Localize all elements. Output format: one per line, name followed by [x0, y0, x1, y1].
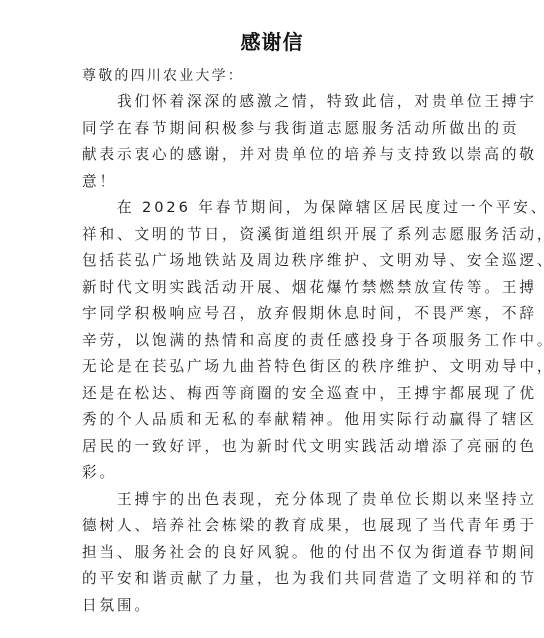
salutation: 尊敬的四川农业大学：	[82, 64, 468, 89]
paragraph-line: 的平安和谐贡献了力量，也为我们共同营造了文明祥和的节	[82, 566, 468, 593]
paragraph-1: 我们怀着深深的感激之情，特致此信，对贵单位王搏宇 同学在春节期间积极参与我街道志…	[82, 89, 468, 195]
paragraph-line: 辛劳，以饱满的热情和高度的责任感投身于各项服务工作中。	[82, 328, 468, 355]
paragraph-line: 在 2026 年春节期间，为保障辖区居民度过一个平安、	[82, 195, 468, 222]
paragraph-line: 日氛围。	[82, 593, 468, 620]
paragraph-line: 居民的一致好评，也为新时代文明实践活动增添了亮丽的色	[82, 434, 468, 461]
paragraph-line: 宇同学积极响应号召，放弃假期休息时间，不畏严寒，不辞	[82, 301, 468, 328]
paragraph-line: 我们怀着深深的感激之情，特致此信，对贵单位王搏宇	[82, 89, 468, 116]
paragraph-line: 德树人、培养社会栋梁的教育成果，也展现了当代青年勇于	[82, 513, 468, 540]
paragraph-line: 秀的个人品质和无私的奉献精神。他用实际行动赢得了辖区	[82, 407, 468, 434]
paragraph-line: 无论是在苌弘广场九曲苔特色街区的秩序维护、文明劝导中，	[82, 354, 468, 381]
paragraph-3: 王搏宇的出色表现，充分体现了贵单位长期以来坚持立 德树人、培养社会栋梁的教育成果…	[82, 487, 468, 620]
paragraph-line: 意！	[82, 169, 468, 196]
letter-title: 感谢信	[0, 26, 544, 55]
letter-page: 感谢信 尊敬的四川农业大学： 我们怀着深深的感激之情，特致此信，对贵单位王搏宇 …	[0, 0, 544, 638]
paragraph-line: 同学在春节期间积极参与我街道志愿服务活动所做出的贡	[82, 116, 468, 143]
paragraph-line: 彩。	[82, 460, 468, 487]
paragraph-line: 担当、服务社会的良好风貌。他的付出不仅为街道春节期间	[82, 540, 468, 567]
paragraph-line: 祥和、文明的节日，资溪街道组织开展了系列志愿服务活动，	[82, 222, 468, 249]
paragraph-line: 包括苌弘广场地铁站及周边秩序维护、文明劝导、安全巡逻、	[82, 248, 468, 275]
paragraph-line: 新时代文明实践活动开展、烟花爆竹禁燃禁放宣传等。王搏	[82, 275, 468, 302]
paragraph-2: 在 2026 年春节期间，为保障辖区居民度过一个平安、 祥和、文明的节日，资溪街…	[82, 195, 468, 487]
paragraph-line: 献表示衷心的感谢，并对贵单位的培养与支持致以崇高的敬	[82, 142, 468, 169]
letter-body: 尊敬的四川农业大学： 我们怀着深深的感激之情，特致此信，对贵单位王搏宇 同学在春…	[82, 64, 468, 619]
paragraph-line: 王搏宇的出色表现，充分体现了贵单位长期以来坚持立	[82, 487, 468, 514]
paragraph-line: 还是在松达、梅西等商圈的安全巡查中，王搏宇都展现了优	[82, 381, 468, 408]
